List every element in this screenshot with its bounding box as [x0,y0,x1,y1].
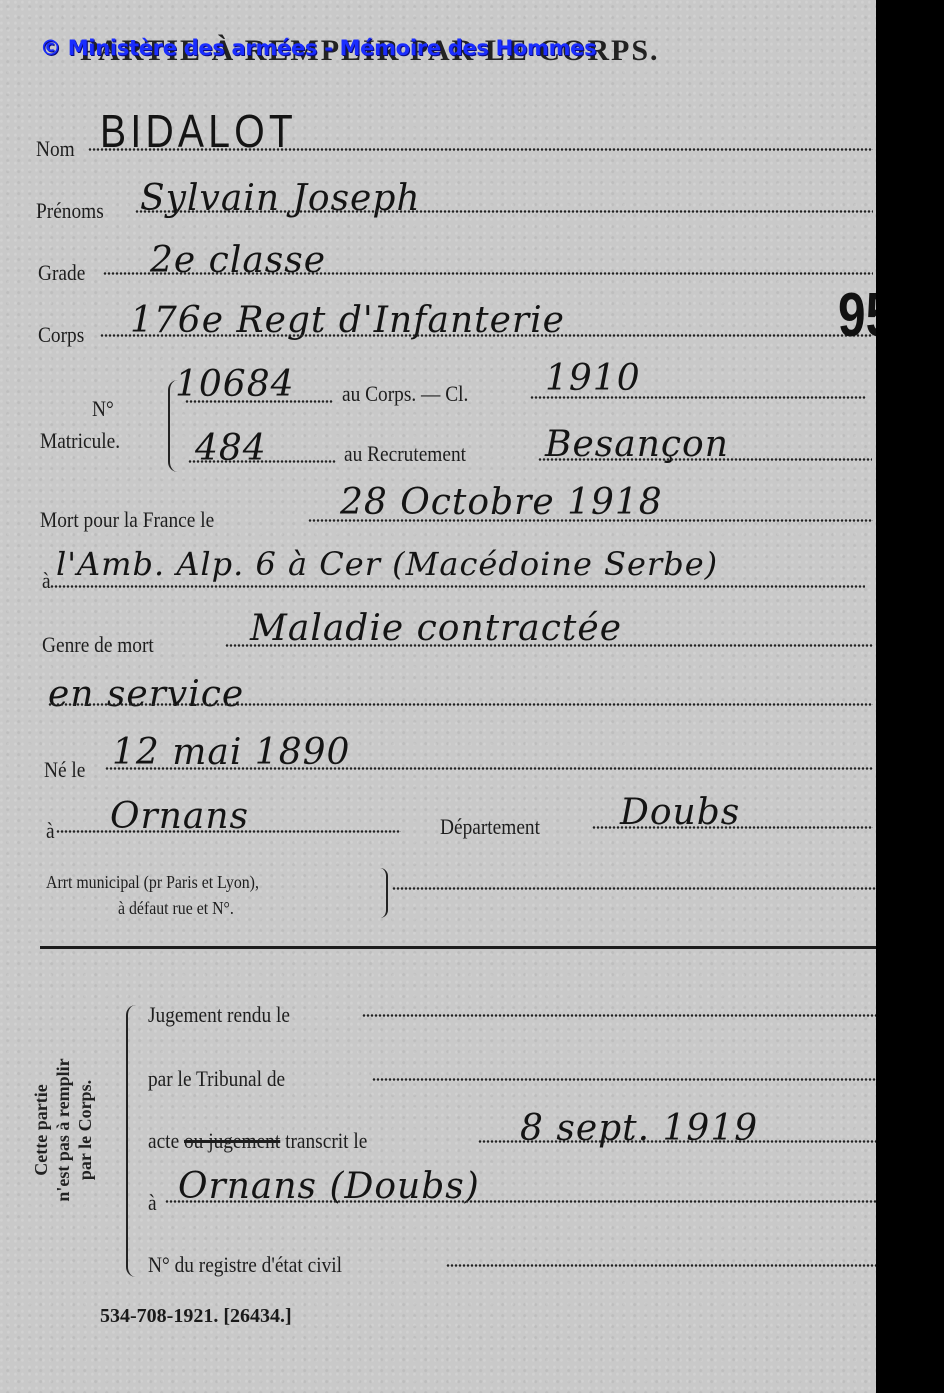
side-note-line-1: Cette partie [30,1010,52,1250]
corps-line [100,334,873,337]
acte-prefix: acte [148,1128,179,1153]
grade-line [103,272,873,275]
jugement-label: Jugement rendu le [148,1002,290,1028]
acte-struck: ou jugement [184,1128,280,1153]
lower-brace [126,1005,138,1277]
matricule-corps-value: 10684 [175,364,295,405]
prenoms-label: Prénoms [36,198,104,224]
prenoms-line [135,210,873,213]
genre-mort-line-1 [225,644,873,647]
tribunal-label: par le Tribunal de [148,1066,285,1092]
mort-value: 28 Octobre 1918 [340,482,663,523]
arrondissement-line [392,887,882,890]
acte-label: acte ou jugement transcrit le [148,1128,367,1154]
ne-a-line [56,830,401,833]
departement-label: Département [440,814,540,840]
matricule-corps-line [185,400,333,403]
print-reference: 534-708-1921. [26434.] [100,1305,292,1328]
classe-line [530,396,866,399]
arrondissement-brace [380,868,388,918]
genre-mort-line-2 [48,703,873,706]
ne-le-label: Né le [44,757,85,783]
matricule-label: Matricule. [40,428,120,454]
corps-label: Corps [38,322,84,348]
ne-le-line [105,767,873,770]
section-divider [40,946,886,949]
mort-line [308,519,873,522]
copyright-watermark: © Ministère des armées - Mémoire des Hom… [40,36,596,60]
acte-suffix: transcrit le [285,1128,367,1153]
lieu-transcription-line [165,1200,880,1203]
registre-line [446,1264,880,1267]
lieu-mort-label: à [42,568,51,594]
matricule-no-label: N° [92,396,114,422]
acte-line [478,1140,878,1143]
mort-label: Mort pour la France le [40,507,214,533]
nom-label: Nom [36,136,75,162]
tribunal-line [372,1078,880,1081]
genre-mort-value-1: Maladie contractée [250,608,622,649]
matricule-corps-label: au Corps. — Cl. [342,381,468,407]
classe-value: 1910 [545,358,641,399]
genre-mort-label: Genre de mort [42,632,154,658]
recrutement-place-line [538,458,872,461]
lieu-mort-value: l'Amb. Alp. 6 à Cer (Macédoine Serbe) [56,545,718,583]
side-note: Cette partie n'est pas à remplir par le … [30,1010,96,1250]
arrondissement-label-1: Arrt municipal (pr Paris et Lyon), [46,872,259,893]
scan-border [876,0,944,1393]
side-note-line-2: n'est pas à remplir [52,1010,74,1250]
matricule-recrutement-line [188,460,336,463]
lieu-transcription-label: à [148,1190,157,1216]
recrutement-label: au Recrutement [344,441,466,467]
side-note-line-3: par le Corps. [74,1010,96,1250]
arrondissement-label-2: à défaut rue et N°. [118,898,234,919]
jugement-line [362,1014,877,1017]
death-record-card: PARTIE À REMPLIR PAR LE CORPS. © Ministè… [0,0,876,1393]
grade-label: Grade [38,260,85,286]
ne-a-label: à [46,818,55,844]
registre-label: N° du registre d'état civil [148,1252,342,1278]
genre-mort-value-2: en service [48,674,244,715]
nom-line [88,148,873,151]
lieu-mort-line [50,585,865,588]
departement-line [592,826,873,829]
